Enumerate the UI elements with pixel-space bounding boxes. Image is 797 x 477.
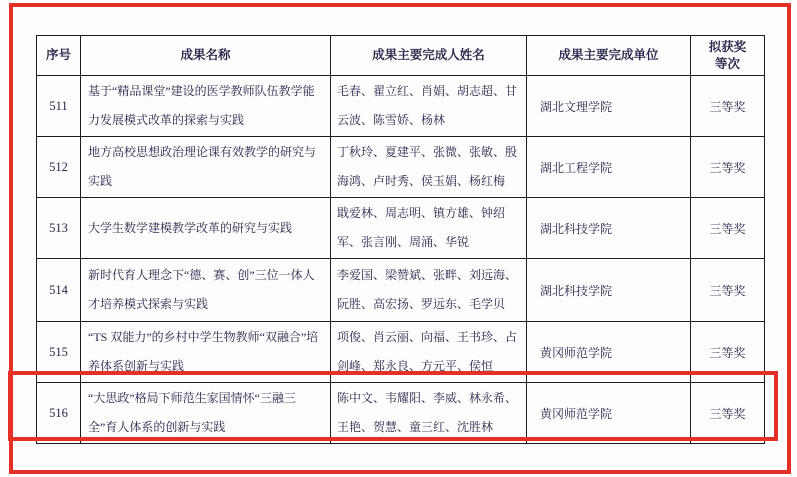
row-completing-unit: 湖北科技学院: [527, 198, 691, 259]
table-row: 512 地方高校思想政治理论课有效教学的研究与实践 丁秋玲、夏建平、张微、张敏、…: [37, 137, 765, 198]
row-award-level: 三等奖: [691, 383, 765, 444]
col-header-award-line2: 等次: [693, 56, 762, 73]
col-header-unit: 成果主要完成单位: [527, 36, 691, 76]
row-completers-names: 戢爱林、周志明、镇方雄、钟绍军、张言刚、周涌、华锐: [331, 198, 527, 259]
row-serial-number: 511: [37, 76, 81, 137]
row-achievement-name: 地方高校思想政治理论课有效教学的研究与实践: [81, 137, 331, 198]
table-row: 511 基于“精品课堂”建设的医学教师队伍教学能力发展模式改革的探索与实践 毛春…: [37, 76, 765, 137]
row-completing-unit: 黄冈师范学院: [527, 383, 691, 444]
col-header-completers: 成果主要完成人姓名: [331, 36, 527, 76]
row-achievement-name: “大思政”格局下师范生家国情怀“三融三全”育人体系的创新与实践: [81, 383, 331, 444]
row-serial-number: 512: [37, 137, 81, 198]
row-completing-unit: 湖北工程学院: [527, 137, 691, 198]
col-header-achievement-name: 成果名称: [81, 36, 331, 76]
col-header-serial: 序号: [37, 36, 81, 76]
row-completers-names: 李爱国、梁赞斌、张畔、刘远海、阮胜、高宏扬、罗远东、毛学贝: [331, 259, 527, 322]
row-award-level: 三等奖: [691, 76, 765, 137]
row-completers-names: 丁秋玲、夏建平、张微、张敏、殷海鸿、卢时秀、侯玉娟、杨红梅: [331, 137, 527, 198]
award-results-table: 序号 成果名称 成果主要完成人姓名 成果主要完成单位 拟获奖 等次 511 基于…: [36, 35, 765, 444]
row-achievement-name: 大学生数学建模教学改革的研究与实践: [81, 198, 331, 259]
row-achievement-name: “TS 双能力”的乡村中学生物教师“双融合”培养体系创新与实践: [81, 322, 331, 383]
row-achievement-name: 基于“精品课堂”建设的医学教师队伍教学能力发展模式改革的探索与实践: [81, 76, 331, 137]
row-serial-number: 516: [37, 383, 81, 444]
row-completing-unit: 黄冈师范学院: [527, 322, 691, 383]
row-completing-unit: 湖北科技学院: [527, 259, 691, 322]
row-achievement-name: 新时代育人理念下“德、赛、创”三位一体人才培养模式探索与实践: [81, 259, 331, 322]
row-award-level: 三等奖: [691, 198, 765, 259]
row-completers-names: 毛春、翟立红、肖娟、胡志超、甘云波、陈雪娇、杨林: [331, 76, 527, 137]
row-completers-names: 项俊、肖云丽、向福、王书珍、占剑峰、郑永良、方元平、侯恒: [331, 322, 527, 383]
table-row: 513 大学生数学建模教学改革的研究与实践 戢爱林、周志明、镇方雄、钟绍军、张言…: [37, 198, 765, 259]
col-header-award-line1: 拟获奖: [693, 39, 762, 56]
table-row: 516 “大思政”格局下师范生家国情怀“三融三全”育人体系的创新与实践 陈中文、…: [37, 383, 765, 444]
row-completers-names: 陈中文、韦耀阳、李威、林永希、王艳、贺慧、童三红、沈胜林: [331, 383, 527, 444]
table-header-row: 序号 成果名称 成果主要完成人姓名 成果主要完成单位 拟获奖 等次: [37, 36, 765, 76]
row-award-level: 三等奖: [691, 322, 765, 383]
row-completing-unit: 湖北文理学院: [527, 76, 691, 137]
table-row: 514 新时代育人理念下“德、赛、创”三位一体人才培养模式探索与实践 李爱国、梁…: [37, 259, 765, 322]
row-serial-number: 515: [37, 322, 81, 383]
row-serial-number: 514: [37, 259, 81, 322]
col-header-award-level: 拟获奖 等次: [691, 36, 765, 76]
table-row: 515 “TS 双能力”的乡村中学生物教师“双融合”培养体系创新与实践 项俊、肖…: [37, 322, 765, 383]
row-award-level: 三等奖: [691, 137, 765, 198]
row-serial-number: 513: [37, 198, 81, 259]
table-body: 511 基于“精品课堂”建设的医学教师队伍教学能力发展模式改革的探索与实践 毛春…: [37, 76, 765, 444]
row-award-level: 三等奖: [691, 259, 765, 322]
